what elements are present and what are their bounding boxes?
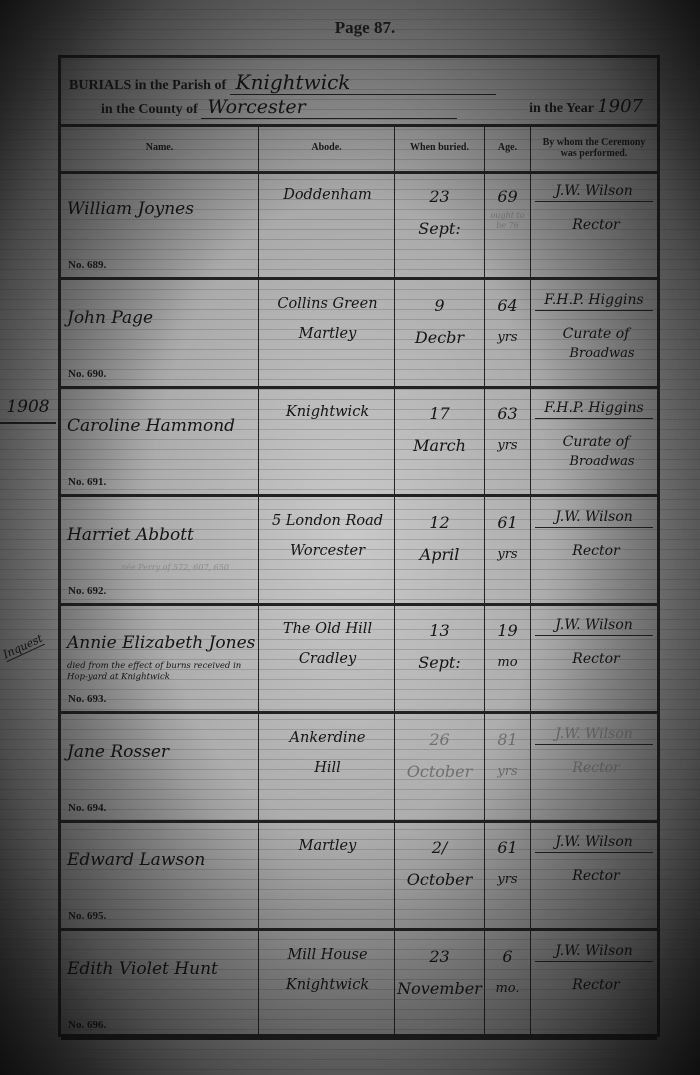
officiant-name: J.W. Wilson [535,509,653,528]
age-cell: 64 yrs [485,280,531,386]
burial-day: 26 [395,730,484,749]
parish-value: Knightwick [230,70,496,95]
name-cell: Caroline Hammond No. 691. [61,388,259,494]
entry-note: died from the effect of burns received i… [67,661,255,683]
officiant-name: J.W. Wilson [535,834,653,853]
name-cell: John Page No. 690. [61,280,259,386]
burial-month: October [395,762,484,781]
abode-line-2: Martley [265,326,390,342]
abode-line-1: Ankerdine [265,730,390,746]
abode-line-1: Martley [265,838,390,854]
table-row: Edith Violet Hunt No. 696. Mill House Kn… [61,931,657,1040]
age-value: 61 [485,838,530,857]
age-unit: yrs [485,330,530,345]
burial-day: 13 [395,621,484,640]
deceased-name: Annie Elizabeth Jones [67,633,255,653]
age-unit: yrs [485,438,530,453]
abode-cell: Collins Green Martley [259,280,395,386]
officiant-cell: J.W. Wilson Rector [531,171,657,277]
table-row: Annie Elizabeth Jones died from the effe… [61,605,657,714]
table-row: Harriet Abbott née Perry of 572, 607, 65… [61,497,657,606]
age-cell: 61 yrs [485,822,531,928]
burial-day: 2/ [395,838,484,857]
officiant-parish: Broadwas [551,346,653,361]
officiant-name: J.W. Wilson [535,943,653,962]
abode-line-1: Doddenham [265,187,390,203]
when-buried-cell: 26 October [395,714,485,820]
abode-cell: Knightwick [259,388,395,494]
burial-day: 12 [395,513,484,532]
officiant-name: F.H.P. Higgins [535,400,653,419]
officiant-name: F.H.P. Higgins [535,292,653,311]
deceased-name: Edith Violet Hunt [67,959,218,979]
officiant-cell: J.W. Wilson Rector [531,605,657,711]
abode-line-1: Mill House [265,947,390,963]
deceased-name: John Page [67,308,153,328]
officiant-cell: J.W. Wilson Rector [531,714,657,820]
age-correction-note: ought to be 76 [485,211,530,231]
burial-month: Sept: [395,219,484,238]
burial-day: 17 [395,404,484,423]
officiant-name: J.W. Wilson [535,726,653,745]
entry-number: No. 693. [68,693,106,705]
burial-month: Sept: [395,653,484,672]
age-unit: mo. [485,981,530,996]
officiant-name: J.W. Wilson [535,617,653,636]
name-cell: William Joynes No. 689. [61,171,259,277]
burial-month: March [395,436,484,455]
entry-number: No. 694. [68,802,106,814]
burial-register-table: BURIALS in the Parish of Knightwick in t… [58,55,660,1037]
header-when-buried: When buried. [395,124,485,171]
table-row: William Joynes No. 689. Doddenham 23 Sep… [61,171,657,280]
county-value: Worcester [201,96,457,119]
burial-month: April [395,545,484,564]
abode-line-1: Collins Green [265,296,390,312]
burial-day: 23 [395,187,484,206]
deceased-name: Jane Rosser [67,742,169,762]
column-headers: Name. Abode. When buried. Age. By whom t… [61,124,657,174]
burial-day: 9 [395,296,484,315]
entry-number: No. 691. [68,476,106,488]
entry-number: No. 692. [68,585,106,597]
officiant-title: Curate of [539,326,653,342]
burial-month: Decbr [395,328,484,347]
age-cell: 6 mo. [485,931,531,1037]
abode-line-2: Knightwick [265,977,390,993]
age-unit: yrs [485,547,530,562]
age-cell: 61 yrs [485,497,531,603]
abode-cell: Mill House Knightwick [259,931,395,1037]
margin-inquest-note: Inquest [1,632,45,662]
officiant-title: Rector [539,760,653,776]
abode-cell: Doddenham [259,171,395,277]
officiant-cell: J.W. Wilson Rector [531,497,657,603]
abode-line-2: Cradley [265,651,390,667]
officiant-title: Rector [539,217,653,233]
entry-number: No. 689. [68,259,106,271]
officiant-parish: Broadwas [551,454,653,469]
age-value: 19 [485,621,530,640]
county-line: in the County of Worcester [101,96,457,119]
deceased-name: Harriet Abbott [67,525,194,545]
entry-number: No. 696. [68,1019,106,1031]
page-number: Page 87. [0,18,700,38]
officiant-cell: F.H.P. Higgins Curate of Broadwas [531,388,657,494]
when-buried-cell: 12 April [395,497,485,603]
age-cell: 69 ought to be 76 [485,171,531,277]
when-buried-cell: 17 March [395,388,485,494]
when-buried-cell: 23 November [395,931,485,1037]
deceased-name: William Joynes [67,199,194,219]
register-title-block: BURIALS in the Parish of Knightwick in t… [61,58,657,127]
age-value: 6 [485,947,530,966]
age-value: 61 [485,513,530,532]
name-cell: Harriet Abbott née Perry of 572, 607, 65… [61,497,259,603]
margin-year-1908: 1908 [0,392,56,424]
name-cell: Jane Rosser No. 694. [61,714,259,820]
parish-label: BURIALS in the Parish of [69,78,226,93]
header-by-whom: By whom the Ceremony was performed. [531,124,657,171]
age-cell: 63 yrs [485,388,531,494]
age-value: 63 [485,404,530,423]
table-row: Caroline Hammond No. 691. Knightwick 17 … [61,388,657,497]
age-unit: mo [485,655,530,670]
burial-month: November [395,979,484,998]
age-value: 69 [485,187,530,206]
entry-number: No. 690. [68,368,106,380]
age-value: 81 [485,730,530,749]
officiant-cell: J.W. Wilson Rector [531,822,657,928]
when-buried-cell: 9 Decbr [395,280,485,386]
burial-day: 23 [395,947,484,966]
officiant-cell: F.H.P. Higgins Curate of Broadwas [531,280,657,386]
when-buried-cell: 23 Sept: [395,171,485,277]
abode-cell: 5 London Road Worcester [259,497,395,603]
year-line: in the Year 1907 [529,96,643,117]
when-buried-cell: 2/ October [395,822,485,928]
officiant-title: Rector [539,543,653,559]
deceased-name: Caroline Hammond [67,416,235,436]
table-row: John Page No. 690. Collins Green Martley… [61,280,657,389]
age-value: 64 [485,296,530,315]
officiant-name: J.W. Wilson [535,183,653,202]
name-cell: Annie Elizabeth Jones died from the effe… [61,605,259,711]
abode-line-1: Knightwick [265,404,390,420]
deceased-name: Edward Lawson [67,850,205,870]
age-unit: yrs [485,764,530,779]
officiant-title: Rector [539,651,653,667]
header-name: Name. [61,124,259,171]
abode-cell: Ankerdine Hill [259,714,395,820]
county-label: in the County of [101,102,198,117]
officiant-title: Curate of [539,434,653,450]
header-age: Age. [485,124,531,171]
when-buried-cell: 13 Sept: [395,605,485,711]
abode-cell: The Old Hill Cradley [259,605,395,711]
burial-month: October [395,870,484,889]
age-unit: yrs [485,872,530,887]
abode-line-2: Hill [265,760,390,776]
name-cell: Edith Violet Hunt No. 696. [61,931,259,1037]
age-cell: 19 mo [485,605,531,711]
officiant-title: Rector [539,868,653,884]
faint-annotation: née Perry of 572, 607, 650 [121,563,229,572]
entry-number: No. 695. [68,910,106,922]
officiant-title: Rector [539,977,653,993]
name-cell: Edward Lawson No. 695. [61,822,259,928]
year-label: in the Year [529,101,594,116]
abode-line-2: Worcester [265,543,390,559]
abode-cell: Martley [259,822,395,928]
abode-line-1: The Old Hill [265,621,390,637]
table-row: Jane Rosser No. 694. Ankerdine Hill 26 O… [61,714,657,823]
year-value: 1907 [597,96,643,117]
officiant-cell: J.W. Wilson Rector [531,931,657,1037]
age-cell: 81 yrs [485,714,531,820]
abode-line-1: 5 London Road [265,513,390,529]
table-row: Edward Lawson No. 695. Martley 2/ Octobe… [61,822,657,931]
parish-line: BURIALS in the Parish of Knightwick [69,70,496,95]
header-abode: Abode. [259,124,395,171]
